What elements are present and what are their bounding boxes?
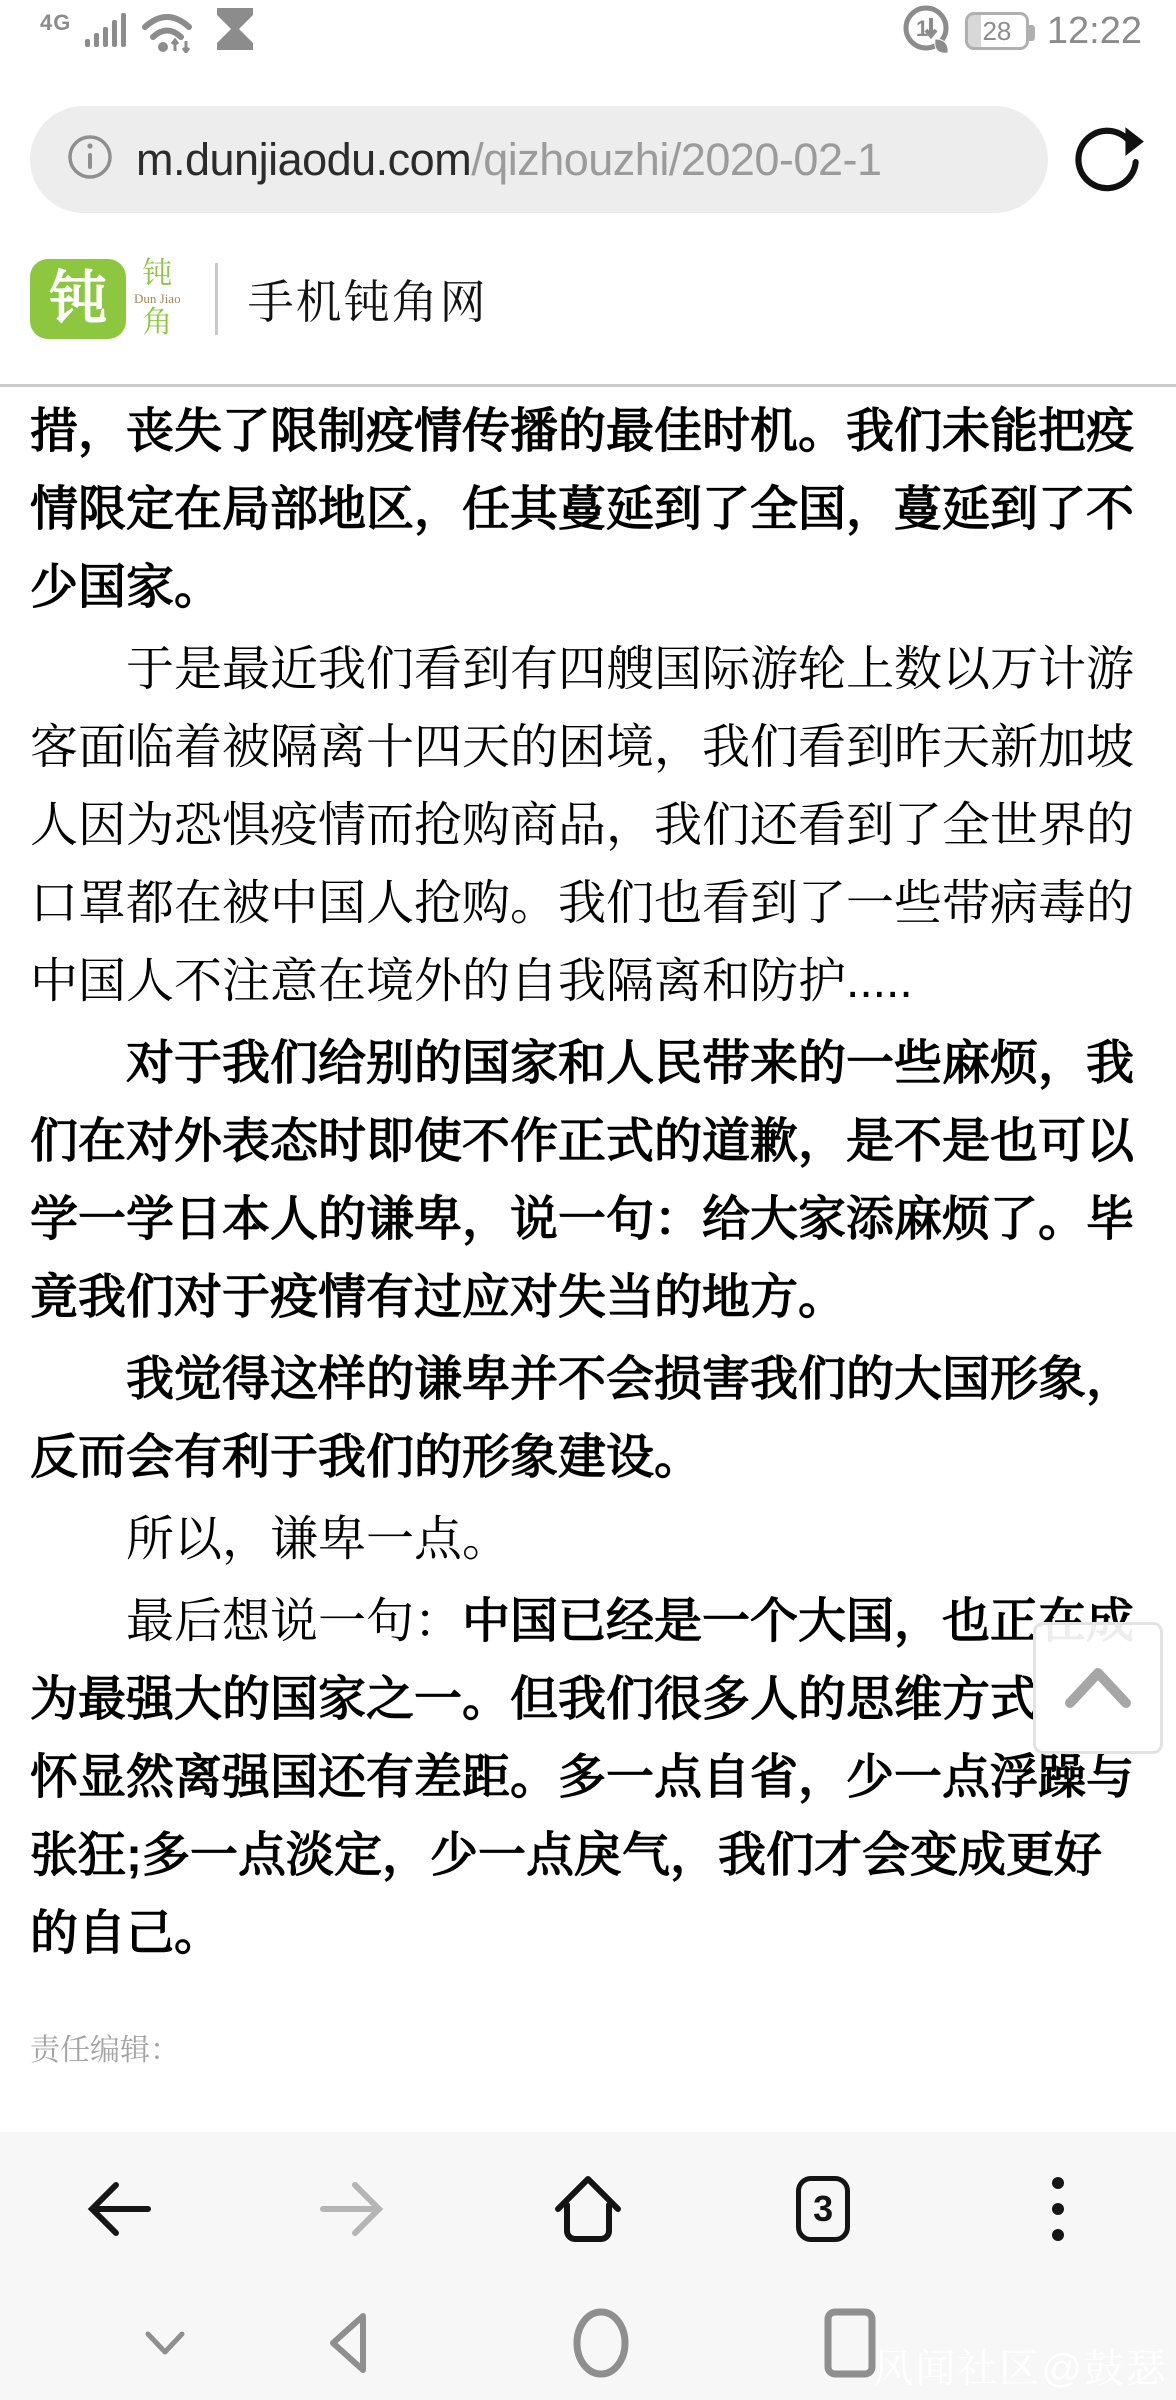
article: 措，丧失了限制疫情传播的最佳时机。我们未能把疫情限定在局部地区，任其蔓延到了全国… [0,387,1176,1973]
editor-credit: 责任编辑： [0,2025,1176,2069]
clock-time: 12:22 [1047,10,1142,53]
site-title[interactable]: 手机钝角网 [248,266,488,332]
nav-back-button[interactable] [288,2285,408,2400]
address-bar[interactable]: m.dunjiaodu.com/qizhouzhi/2020-02-1 [30,106,1048,213]
status-bar: 4G [0,0,1176,56]
article-paragraph: 对于我们给别的国家和人民带来的一些麻烦，我们在对外表态时即使不作正式的道歉，是不… [30,1025,1146,1337]
logo-side-latin: Dun Jiao [134,292,181,305]
tabs-icon: 3 [796,2176,850,2242]
signal-strength-icon [83,7,127,56]
article-text-segment: 学一学日本人的谦卑，说一句：给大家添麻烦了。毕 [30,1193,1134,1246]
site-header: 钝 钝 Dun Jiao 角 手机钝角网 [0,213,1176,387]
menu-button[interactable] [998,2149,1118,2269]
article-text-segment: 少国家。 [30,561,222,614]
article-text-segment: 所以，谦卑一点。 [126,1513,510,1566]
url-path: /qizhouzhi/2020-02-1 [471,134,881,185]
chevron-down-icon [142,2328,188,2358]
back-triangle-icon [325,2310,371,2376]
article-text-segment: 反而会有利于我们的形象建设。 [30,1431,702,1484]
browser-toolbar: 3 [0,2132,1176,2285]
article-paragraph: 措，丧失了限制疫情传播的最佳时机。我们未能把疫情限定在局部地区，任其蔓延到了全国… [30,393,1146,627]
recents-square-icon [824,2308,876,2378]
home-circle-icon [572,2308,630,2378]
data-saver-icon: 1 [901,3,953,60]
status-bar-left: 4G [40,4,259,59]
article-text-segment: 竟我们对于疫情有过应对失当的地方。 [30,1271,846,1324]
wifi-icon [139,5,199,58]
article-text-segment: 张狂;多一点淡定，少一点戾气，我们才会变成更好 [30,1829,1102,1882]
header-divider [215,263,218,335]
site-logo[interactable]: 钝 [30,259,126,339]
hide-navbar-button[interactable] [105,2285,225,2400]
article-paragraph: 我觉得这样的谦卑并不会损害我们的大国形象，反而会有利于我们的形象建设。 [30,1341,1146,1497]
kebab-menu-icon [1050,2173,1066,2245]
tabs-button[interactable]: 3 [763,2149,883,2269]
article-text-segment: 措，丧失了限制疫情传播的最佳时机。我们未能把疫 [30,405,1134,458]
forward-button[interactable] [293,2149,413,2269]
logo-side-char-top: 钝 [142,259,172,289]
url-row: m.dunjiaodu.com/qizhouzhi/2020-02-1 [0,56,1176,213]
network-type-label: 4G [40,10,71,36]
article-text-segment: 客面临着被隔离十四天的困境，我们看到昨天新加坡 [30,721,1134,774]
article-paragraph: 于是最近我们看到有四艘国际游轮上数以万计游客面临着被隔离十四天的困境，我们看到昨… [30,631,1146,1021]
hourglass-icon [211,4,259,59]
article-text-segment: 的自己。 [30,1907,222,1960]
svg-text:1: 1 [916,16,928,41]
forward-arrow-icon [317,2177,389,2241]
article-text-segment: 口罩都在被中国人抢购。我们也看到了一些带病毒的 [30,877,1134,930]
article-text-segment: 我觉得这样的谦卑并不会损害我们的大国形象， [126,1353,1134,1406]
article-text-segment: 最后想说一句： [126,1595,462,1648]
home-button[interactable] [528,2149,648,2269]
back-button[interactable] [58,2149,178,2269]
article-text-segment: 们在对外表态时即使不作正式的道歉，是不是也可以 [30,1115,1134,1168]
android-nav-bar: 风闻社区@鼓瑟 [0,2285,1176,2400]
article-text-segment: 人因为恐惧疫情而抢购商品，我们还看到了全世界的 [30,799,1134,852]
logo-side-text: 钝 Dun Jiao 角 [134,259,181,338]
article-text-segment: 对于我们给别的国家和人民带来的一些麻烦，我 [126,1037,1134,1090]
url-text: m.dunjiaodu.com/qizhouzhi/2020-02-1 [136,134,881,186]
home-icon [550,2173,626,2245]
status-bar-right: 1 28 12:22 [901,3,1142,60]
nav-home-button[interactable] [541,2285,661,2400]
article-text-segment: 中国人不注意在境外的自我隔离和防护..... [30,955,913,1008]
scroll-to-top-button[interactable] [1033,1622,1163,1754]
battery-icon: 28 [965,12,1029,50]
article-text-segment: 为最强大的国家之一。但我们很多人的思维方式 [30,1673,1038,1726]
article-paragraph: 最后想说一句：中国已经是一个大国，也正在成为最强大的国家之一。但我们很多人的思维… [30,1583,1146,1973]
article-text-segment: 情限定在局部地区，任其蔓延到了全国，蔓延到了不 [30,483,1134,536]
back-arrow-icon [82,2177,154,2241]
article-paragraph: 所以，谦卑一点。 [30,1501,1146,1579]
logo-glyph: 钝 [49,266,107,331]
logo-side-char-bottom: 角 [142,308,172,338]
article-text-segment: 于是最近我们看到有四艘国际游轮上数以万计游 [126,643,1134,696]
url-domain: m.dunjiaodu.com [136,134,471,185]
article-text-segment: 怀显然离强国还有差距。多一点自省，少一点浮躁与 [30,1751,1134,1804]
watermark-text: 风闻社区@鼓瑟 [873,2337,1168,2394]
page-info-icon[interactable] [66,133,114,186]
tab-count: 3 [813,2188,833,2230]
refresh-button[interactable] [1062,115,1152,205]
chevron-up-icon [1062,1663,1134,1714]
battery-percent: 28 [982,16,1011,47]
